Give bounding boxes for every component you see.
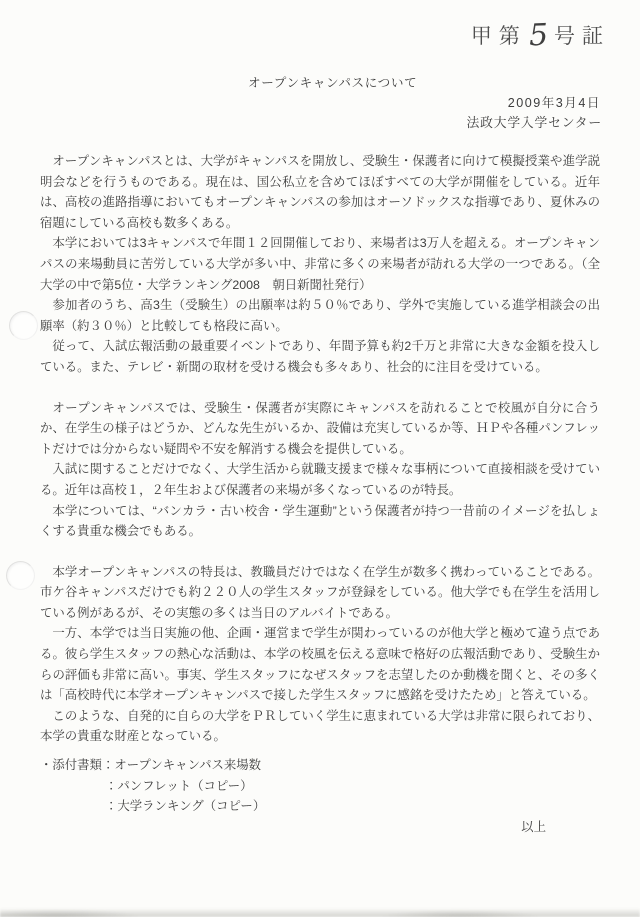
paragraph: 本学においては3キャンパスで年間１２回開催しており、来場者は3万人を超える。オー… (40, 233, 600, 295)
paragraph-block-1: オープンキャンパスとは、大学がキャンパスを開放し、受験生・保護者に向けて模擬授業… (40, 151, 600, 378)
document-body: オープンキャンパスとは、大学がキャンパスを開放し、受験生・保護者に向けて模擬授業… (40, 151, 600, 837)
document-date: 2009年3月4日 (508, 92, 601, 111)
attachment-line: ：大学ランキング（コピー） (40, 796, 600, 817)
attachment-line: ：パンフレット（コピー） (40, 776, 600, 797)
stamp-suffix: 号証 (554, 25, 610, 48)
paragraph: オープンキャンパスでは、受験生・保護者が実際にキャンパスを訪れることで校風が自分… (40, 398, 600, 460)
stamp-number: 5 (528, 18, 548, 54)
exhibit-stamp: 甲第5号証 (471, 16, 610, 51)
paragraph: 参加者のうち、高3生（受験生）の出願率は約５０％であり、学外で実施している進学相… (40, 295, 600, 336)
document-sender: 法政大学入学センター (467, 112, 602, 131)
paragraph: オープンキャンパスとは、大学がキャンパスを開放し、受験生・保護者に向けて模擬授業… (40, 151, 600, 233)
hole-punch-shadow-artifact (9, 311, 38, 340)
paragraph-block-2: オープンキャンパスでは、受験生・保護者が実際にキャンパスを訪れることで校風が自分… (40, 398, 600, 542)
scanned-document-page: 甲第5号証 オープンキャンパスについて 2009年3月4日 法政大学入学センター… (0, 0, 640, 917)
attachment-line: ・添付書類：オープンキャンパス来場数 (40, 755, 600, 776)
hole-punch-shadow-artifact (6, 561, 35, 590)
paragraph: 本学については、“バンカラ・古い校舎・学生運動”という保護者が持つ一昔前のイメー… (40, 501, 600, 542)
paragraph: このような、自発的に自らの大学をＰＲしていく学生に恵まれている大学は非常に限られ… (40, 706, 600, 747)
closing-text: 以上 (40, 817, 600, 838)
paragraph: 入試に関することだけでなく、大学生活から就職支援まで様々な事柄について直接相談を… (40, 459, 600, 500)
stamp-prefix: 甲第 (471, 25, 527, 48)
attachments-list: ・添付書類：オープンキャンパス来場数 ：パンフレット（コピー） ：大学ランキング… (40, 755, 600, 817)
document-title: オープンキャンパスについて (248, 72, 417, 91)
paragraph-block-3: 本学オープンキャンパスの特長は、教職員だけではなく在学生が数多く携わっていること… (40, 562, 600, 747)
paragraph: 一方、本学では当日実施の他、企画・運営まで学生が関わっているのが他大学と極めて違… (40, 623, 600, 705)
scan-smudge-artifact (0, 909, 140, 917)
scan-smudge-artifact (380, 910, 540, 917)
paragraph: 従って、入試広報活動の最重要イベントであり、年間予算も約2千万と非常に大きな金額… (40, 336, 600, 377)
paragraph: 本学オープンキャンパスの特長は、教職員だけではなく在学生が数多く携わっていること… (40, 562, 600, 624)
